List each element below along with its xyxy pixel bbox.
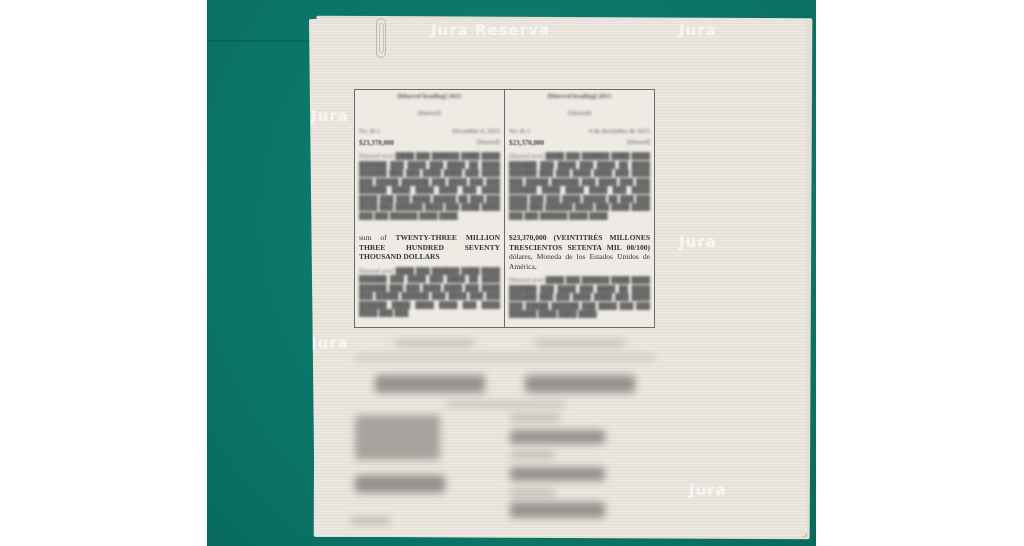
watermark: Jura [689,481,727,499]
spanish-subheading: [blurred] [509,110,650,119]
spanish-date: 9 de diciembre de 2015 [589,128,650,137]
english-column: [blurred heading] 2015 [blurred] No. R-1… [355,90,504,327]
english-date: December 9, 2015 [452,128,500,137]
note-certificate-box: [blurred heading] 2015 [blurred] No. R-1… [354,89,655,328]
watermark: Jura [679,21,717,39]
english-subheading: [blurred] [359,110,500,119]
english-isin: [blurred] [477,139,500,148]
paperclip-icon [376,18,386,58]
english-heading: [blurred heading] 2015 [359,93,500,102]
watermark: Jura [311,107,349,125]
spanish-sum-words: $23,370,000 (VEINTITRÉS MILLONES TRESCIE… [509,233,650,271]
english-sum-words: sum of TWENTY-THREE MILLION THREE HUNDRE… [359,233,500,262]
spanish-amount: $23,370,000 [509,139,544,148]
spanish-note-number: No. R-1 [509,128,530,137]
spanish-intro: [blurred text] ████ ███ ██████ ████ ████… [509,153,650,233]
blurred-signature-section [345,330,660,525]
spanish-column: [blurred heading] 2015 [blurred] No. R-1… [504,90,654,327]
english-tail: [blurred text] ████ ███ ██████ ████ ████… [359,268,500,328]
spanish-heading: [blurred heading] 2015 [509,93,650,102]
spanish-tail: [blurred text] ████ ███ ██████ ████ ████… [509,277,650,332]
spanish-isin: [blurred] [627,139,650,148]
english-amount: $23,370,000 [359,139,394,148]
watermark: Jura [679,233,717,251]
english-intro: [blurred text] ████ ███ ██████ ████ ████… [359,153,500,233]
watermark: Jura [311,334,349,352]
english-note-number: No. R-1 [359,128,380,137]
watermark: Jura Reserva [431,21,550,39]
